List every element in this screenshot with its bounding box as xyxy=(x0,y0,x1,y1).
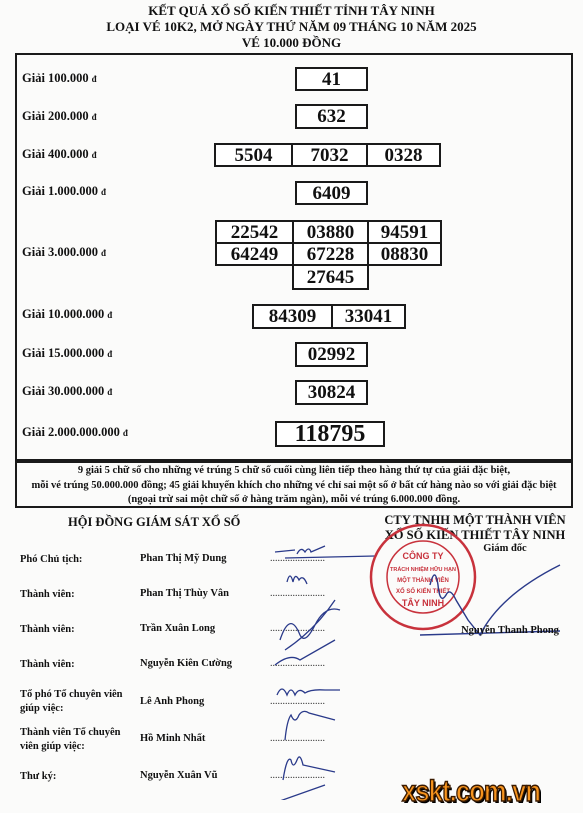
member-role: Thư ký: xyxy=(20,770,56,784)
title-line-1: KẾT QUẢ XỔ SỐ KIẾN THIẾT TỈNH TÂY NINH xyxy=(0,3,583,18)
prize-number: 6409 xyxy=(295,181,368,205)
member-role: Tổ phó Tổ chuyên viêngiúp việc: xyxy=(20,688,123,716)
special-prize-number: 118795 xyxy=(275,421,385,447)
member-role: Phó Chủ tịch: xyxy=(20,553,82,567)
prize-number: 22542 xyxy=(215,220,294,244)
prize-label-100k: Giải 100.000đ xyxy=(22,71,97,86)
prize-number: 33041 xyxy=(331,304,406,329)
title-line-3: VÉ 10.000 ĐỒNG xyxy=(0,35,583,50)
council-title: HỘI ĐỒNG GIÁM SÁT XỔ SỐ xyxy=(68,515,240,530)
signatures-icon xyxy=(265,540,385,800)
prize-number: 632 xyxy=(295,104,368,129)
prize-number: 08830 xyxy=(367,242,442,266)
member-role: Thành viên: xyxy=(20,658,75,672)
footnote-line: (ngoại trừ sai một chữ số ở hàng trăm ng… xyxy=(17,493,571,508)
member-name: Nguyễn Kiên Cường xyxy=(140,658,232,669)
member-role: Thành viên: xyxy=(20,623,75,637)
prize-label-400k: Giải 400.000đ xyxy=(22,147,97,162)
footnote-line: 9 giải 5 chữ số cho những vé trúng 5 chữ… xyxy=(17,464,571,479)
title-line-2: LOẠI VÉ 10K2, MỞ NGÀY THỨ NĂM 09 THÁNG 1… xyxy=(0,19,583,34)
member-name: Lê Anh Phong xyxy=(140,696,204,707)
prize-number: 64249 xyxy=(215,242,294,266)
footnote-box: 9 giải 5 chữ số cho những vé trúng 5 chữ… xyxy=(15,461,573,508)
prize-number: 27645 xyxy=(292,264,369,290)
prize-label-200k: Giải 200.000đ xyxy=(22,109,97,124)
prize-number: 30824 xyxy=(295,380,368,405)
prize-label-1m: Giải 1.000.000đ xyxy=(22,184,106,199)
prize-number: 84309 xyxy=(252,304,333,329)
watermark-logo: xskt.com.vn xyxy=(402,775,540,809)
member-name: Trần Xuân Long xyxy=(140,623,215,634)
prize-number: 41 xyxy=(295,67,368,91)
prize-number: 0328 xyxy=(366,143,441,167)
prize-number: 5504 xyxy=(214,143,293,167)
prize-number: 7032 xyxy=(291,143,368,167)
prize-label-3m: Giải 3.000.000đ xyxy=(22,245,106,260)
prize-label-15m: Giải 15.000.000đ xyxy=(22,346,112,361)
prize-number: 02992 xyxy=(295,342,368,367)
director-name: Nguyễn Thanh Phong xyxy=(405,625,583,636)
prize-number: 67228 xyxy=(292,242,369,266)
prize-label-10m: Giải 10.000.000đ xyxy=(22,307,112,322)
member-name: Phan Thị Thùy Vân xyxy=(140,588,229,599)
footnote-line: mỗi vé trúng 50.000.000 đồng; 45 giải kh… xyxy=(17,479,571,494)
member-name: Nguyễn Xuân Vũ xyxy=(140,770,217,781)
member-name: Phan Thị Mỹ Dung xyxy=(140,553,226,564)
prize-number: 94591 xyxy=(367,220,442,244)
member-role: Thành viên: xyxy=(20,588,75,602)
member-name: Hồ Minh Nhất xyxy=(140,733,205,744)
prize-label-30m: Giải 30.000.000đ xyxy=(22,384,112,399)
member-role: Thành viên Tổ chuyênviên giúp việc: xyxy=(20,726,120,754)
prize-label-special: Giải 2.000.000.000đ xyxy=(22,425,128,440)
prize-number: 03880 xyxy=(292,220,369,244)
